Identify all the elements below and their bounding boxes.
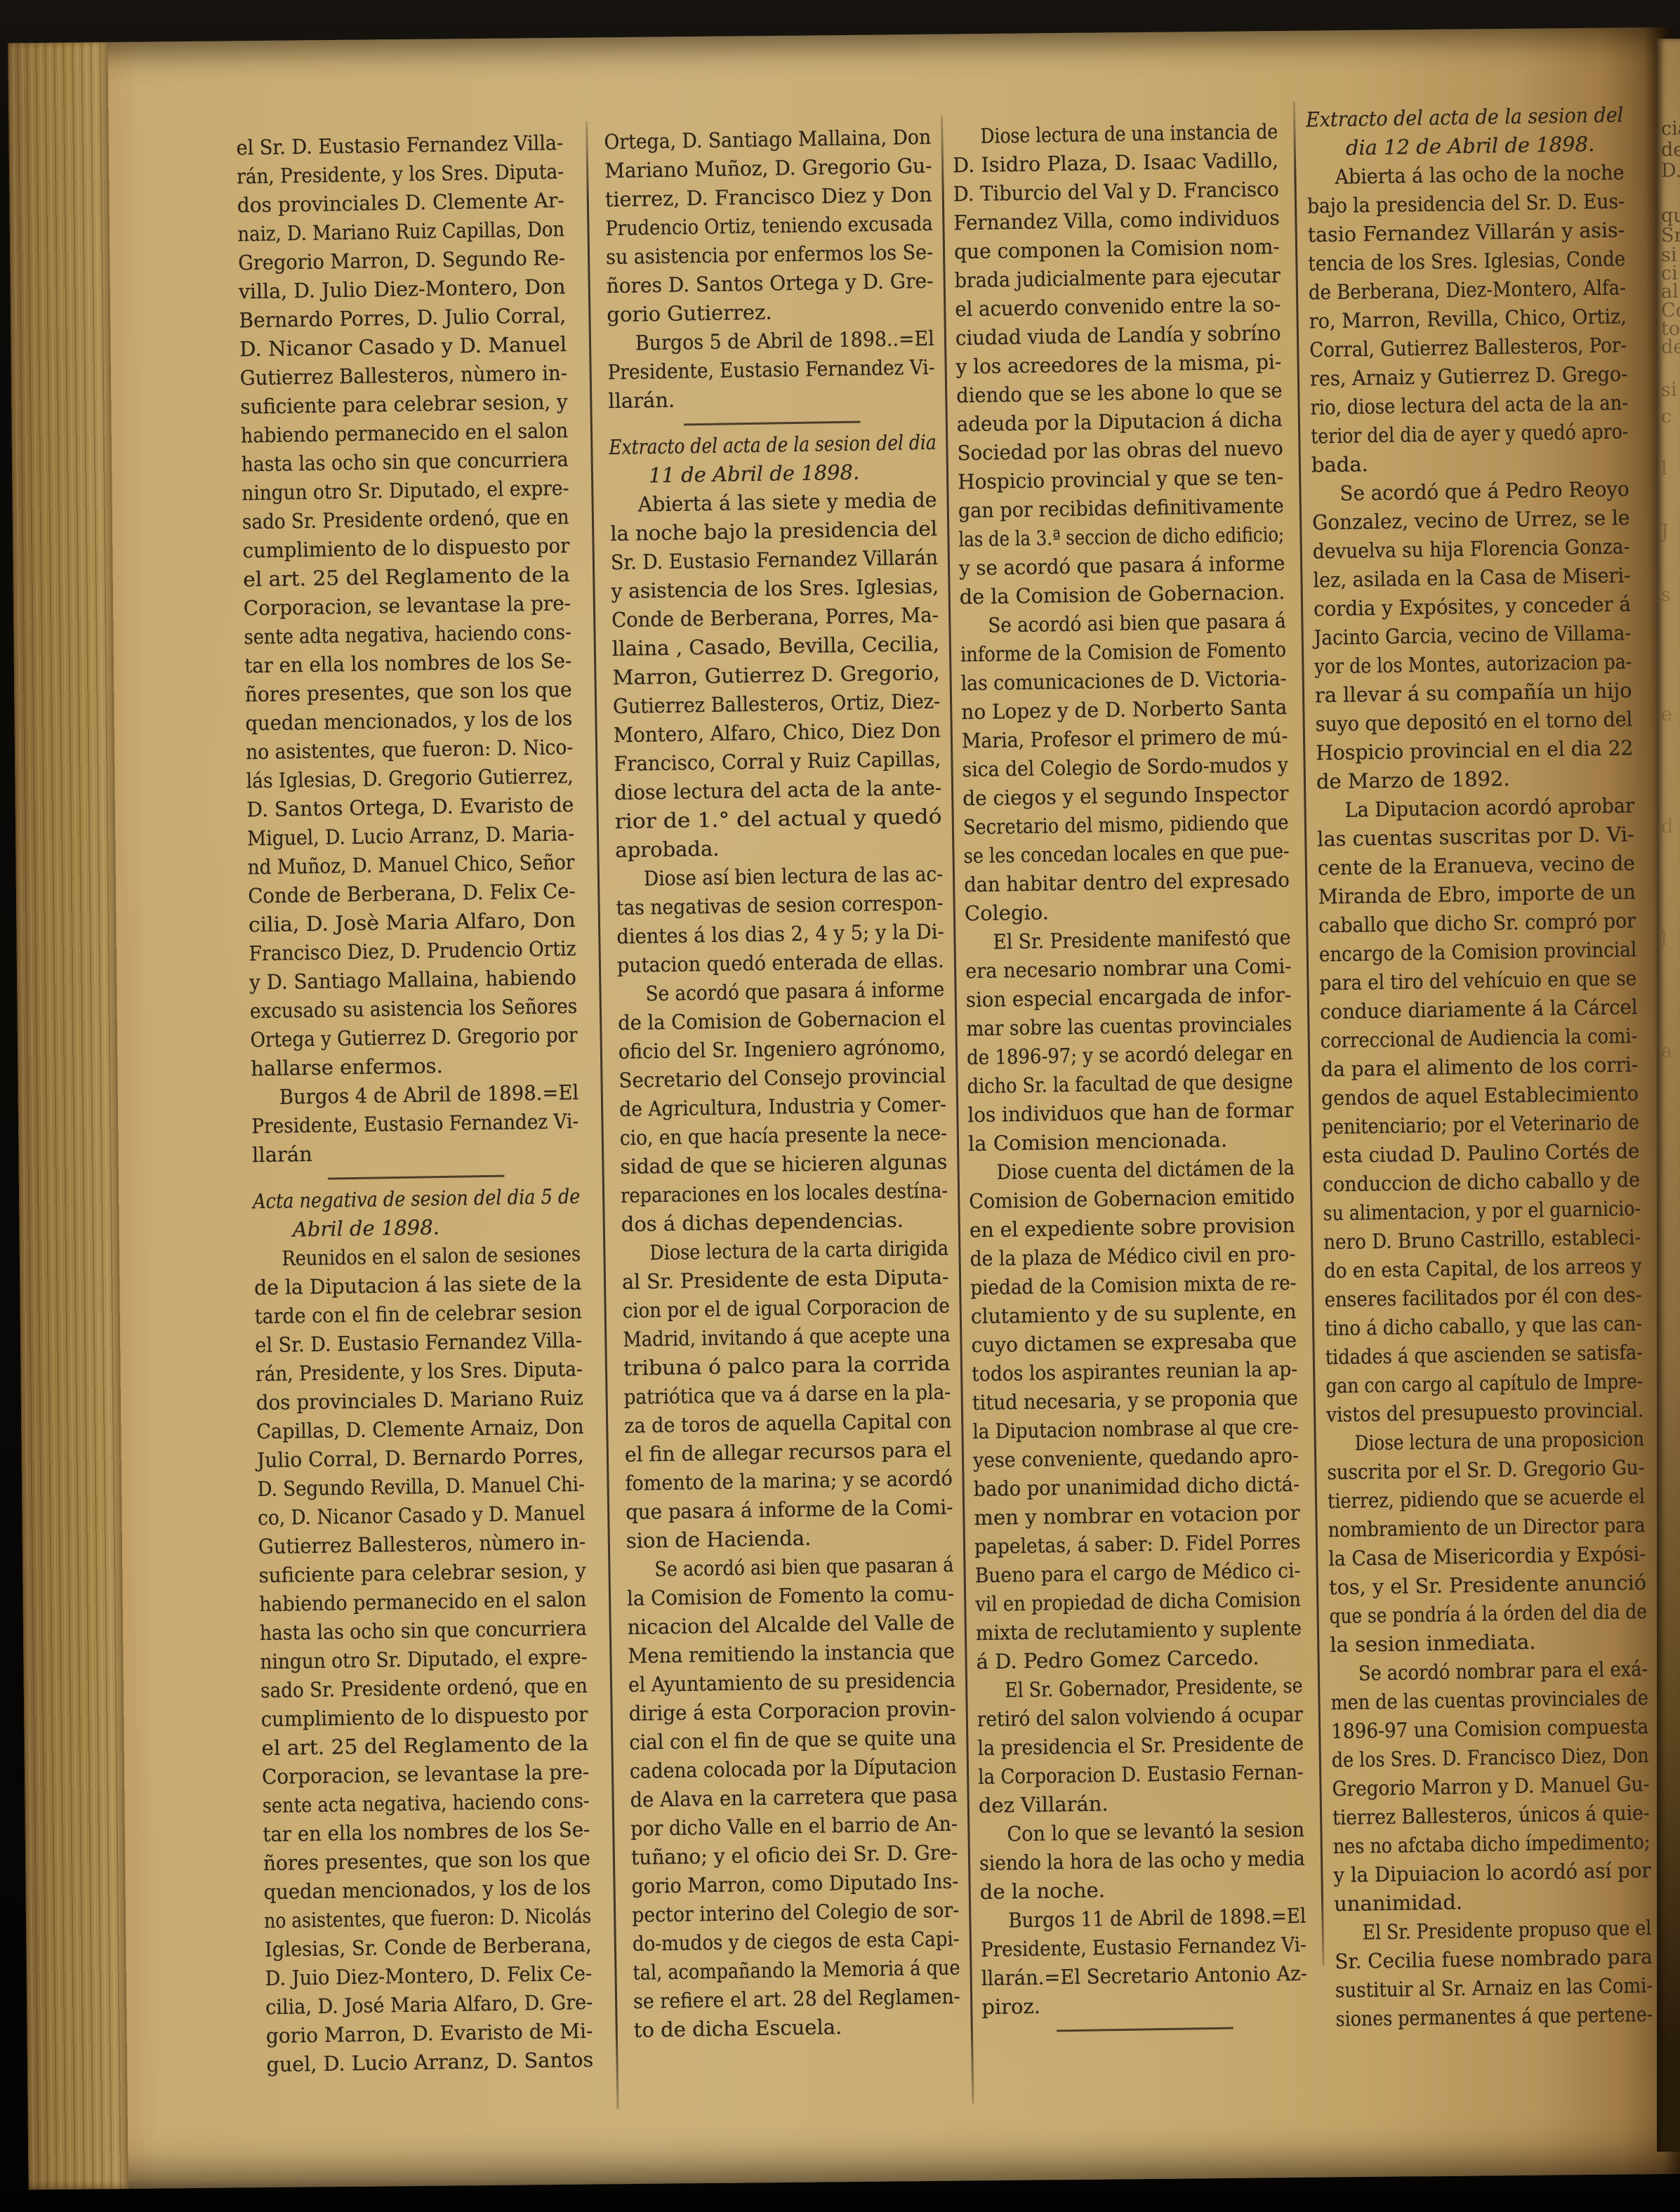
text-line-content: por dicho Valle en el barrio de An- — [630, 1810, 958, 1843]
text-line: Se acordó que á Pedro Reoyo — [1311, 475, 1629, 508]
text-line-content: Diose así bien lectura de las ac- — [644, 860, 944, 894]
text-line: za de toros de aquella Capital con — [624, 1407, 952, 1441]
text-line-content: da para el alimento de los corri- — [1321, 1050, 1638, 1084]
text-line-content: Corral, Gutierrez Ballesteros, Por- — [1309, 331, 1627, 364]
text-line: sente adta negativa, haciendo cons- — [244, 618, 571, 651]
text-line-content: Prudencio Ortiz, teniendo excusada — [605, 209, 933, 243]
text-line-content: Iglesias, Sr. Conde de Berberana, — [265, 1930, 592, 1964]
text-line: lás Iglesias, D. Gregorio Gutierrez, — [246, 762, 574, 795]
text-line: diose lectura del acta de la ante- — [614, 774, 942, 807]
text-line-content: Se acordó asi bien que pasaran á — [654, 1551, 953, 1584]
text-line: su asistencia por enfermos los Se- — [606, 238, 934, 272]
text-line-content: de ciegos y el segundo Inspector — [963, 779, 1289, 813]
text-line: Se acordó que pasara á informe — [617, 975, 945, 1009]
text-line-content: Gutierrez Ballesteros, nùmero in- — [239, 359, 567, 392]
text-line: de la noche. — [979, 1873, 1306, 1907]
text-line-content: Hospicio provincial en el dia 22 — [1316, 734, 1634, 767]
text-line: correccional de Audiencia la comi- — [1320, 1021, 1638, 1055]
text-line-content: reparaciones en los locales destína- — [621, 1177, 948, 1210]
text-line: Iglesias, Sr. Conde de Berberana, — [265, 1930, 593, 1964]
text-line: cial con el fin de que se quite una — [629, 1723, 957, 1757]
text-line-content: la Comision mencionada. — [968, 1125, 1228, 1158]
text-line-content: Gutierrez Ballesteros, Ortiz, Diez- — [613, 687, 941, 721]
text-line: pector interino del Colegio de sor- — [632, 1896, 960, 1930]
text-line-content: no asistentes, que fueron: D. Nicolás — [264, 1902, 592, 1935]
text-line-content: gorio Marron, D. Evaristo de Mi- — [266, 2017, 593, 2051]
text-line: la Comision mencionada. — [968, 1125, 1295, 1158]
text-line-content: D. Isidro Plaza, D. Isaac Vadillo, — [953, 146, 1279, 180]
text-line: Se acordó asi bien que pasaran á — [626, 1551, 954, 1584]
text-line: Se acordó asi bien que pasara á — [960, 607, 1286, 640]
text-line-content: suficiente para celebrar sesion, y — [240, 388, 568, 421]
section-divider-rule — [684, 420, 861, 425]
text-line-content: Francisco Diez, D. Prudencio Ortiz — [249, 934, 576, 968]
text-line-content: el Ayuntamiento de su presidencia — [628, 1666, 955, 1700]
text-line: todos los aspirantes reunian la ap- — [972, 1355, 1298, 1389]
section-heading: Extracto del acta de la sesion del dia11… — [609, 428, 937, 491]
adjacent-page-text-fragment: l — [1661, 928, 1667, 950]
text-line: naiz, D. Mariano Ruiz Capillas, Don — [237, 215, 565, 249]
paragraph: Diose así bien lectura de las ac-tas neg… — [616, 860, 945, 980]
text-line-content: de Marzo de 1892. — [1316, 764, 1510, 796]
section-divider-rule — [328, 1175, 505, 1180]
text-line: las comunicaciones de D. Victoria- — [960, 664, 1287, 698]
text-line-content: habiendo permanecido en el salon — [241, 416, 569, 450]
text-line: Hospicio provincial en el dia 22 — [1316, 734, 1634, 767]
text-line: el Ayuntamiento de su presidencia — [628, 1666, 956, 1700]
text-line-content: Miguel, D. Lucio Arranz, D. Maria- — [247, 819, 575, 853]
adjacent-page-text-fragment: J — [1661, 521, 1669, 543]
text-line-content: za de toros de aquella Capital con — [624, 1407, 952, 1441]
text-line: tar en ella los nombres de los Se- — [263, 1815, 590, 1849]
text-line: papeletas, á saber: D. Fidel Porres — [974, 1528, 1301, 1561]
text-line-content: llarán.=El Secretario Antonio Az- — [981, 1959, 1307, 1993]
text-line-content: el Sr. D. Eustasio Fernandez Villa- — [255, 1326, 582, 1360]
paragraph: Se acordó que á Pedro ReoyoGonzalez, vec… — [1311, 475, 1634, 796]
text-line-content: tribuna ó palco para la corrida — [623, 1349, 951, 1383]
text-line: hallarse enfermos. — [251, 1049, 578, 1083]
text-line: Abierta á las ocho de la noche — [1307, 158, 1625, 192]
paragraph: El Sr. Presidente propuso que elSr. Ceci… — [1334, 1914, 1653, 2034]
text-line: Diose lectura de una instancia de — [952, 117, 1278, 151]
adjacent-page-text-fragment: de — [1661, 139, 1680, 161]
text-line: al Sr. Presidente de esta Diputa- — [622, 1263, 950, 1297]
text-line: era necesario nombrar una Comi- — [965, 952, 1292, 986]
text-line: ra llevar á su compañía un hijo — [1315, 676, 1633, 710]
text-line: tencia de los Sres. Iglesias, Conde — [1308, 244, 1626, 278]
text-line: diendo que se les abone lo que se — [956, 376, 1283, 410]
text-line: cio, en que hacía presente la nece- — [619, 1119, 947, 1153]
text-line: cuyo dictamen se expresaba que — [971, 1326, 1297, 1360]
text-line-content: Diose lectura de una instancia de — [980, 117, 1278, 151]
text-line-content: Mena remitiendo la instancia que — [628, 1637, 955, 1671]
text-line-content: al Sr. Presidente de esta Diputa- — [622, 1263, 949, 1297]
text-line: nes no afctaba dicho ímpedimento; — [1332, 1827, 1651, 1861]
text-line: brada judicialmente para ejecutar — [954, 261, 1281, 295]
text-line-content: la noche bajo la presidencia del — [610, 515, 937, 548]
text-line: D. Juio Diez-Montero, D. Felix Ce- — [265, 1959, 593, 1993]
text-line: res, Arnaiz y Gutierrez D. Grego- — [1310, 359, 1628, 393]
text-line: Acta negativa de sesion del dia 5 de — [253, 1182, 581, 1216]
text-line-content: tasio Fernandez Villarán y asis- — [1307, 216, 1625, 249]
text-line: excusado su asistencia los Señores — [250, 992, 578, 1026]
text-line-content: dan habitar dentro del expresado — [964, 866, 1290, 899]
text-line: aprobada. — [615, 831, 943, 865]
text-line-content: de 1896-97; y se acordó delegar en — [967, 1038, 1293, 1072]
text-line: dia 12 de Abril de 1898. — [1306, 129, 1624, 163]
text-line-content: lás Iglesias, D. Gregorio Gutierrez, — [246, 762, 573, 795]
text-line: Burgos 4 de Abril de 1898.=El — [251, 1078, 579, 1112]
adjacent-page-text-fragment: si — [1661, 379, 1677, 401]
text-line-content: villa, D. Julio Diez-Montero, Don — [238, 272, 565, 306]
text-line: do en esta Capital, de los arreos y — [1324, 1252, 1642, 1285]
text-line: ñores presentes, que son los que — [263, 1844, 591, 1878]
text-line: Francisco Diez, D. Prudencio Ortiz — [249, 934, 576, 968]
text-line: Conde de Berberana, Porres, Ma- — [611, 601, 939, 635]
text-line: y se acordó que pasara á informe — [959, 549, 1285, 583]
text-line-content: Maria, Profesor el primero de mú- — [962, 722, 1288, 755]
text-line-content: de la noche. — [979, 1876, 1105, 1907]
text-line-content: Se acordó que á Pedro Reoyo — [1340, 475, 1629, 508]
text-line: suficiente para celebrar sesion, y — [258, 1556, 586, 1590]
text-line-content: unanimidad. — [1334, 1888, 1463, 1919]
text-line: cilia, D. José Maria Alfaro, D. Gre- — [265, 1988, 593, 2022]
text-line-content: se les concedan locales en que pue- — [963, 837, 1290, 870]
text-line-content: Abierta á las siete y media de — [637, 486, 937, 519]
paragraph: La Diputacion acordó aprobarlas cuentas … — [1316, 791, 1643, 1429]
text-line-content: tar en ella los nombres de los Se- — [263, 1815, 590, 1849]
text-line: la noche bajo la presidencia del — [610, 515, 938, 548]
text-line: Bernardo Porres, D. Julio Corral, — [239, 301, 567, 335]
text-line-content: rán, Presidente, y los Sres. Diputa- — [256, 1355, 583, 1389]
text-line-content: que pasara á informe de la Comi- — [626, 1493, 953, 1527]
text-line: Reunidos en el salon de sesiones — [253, 1240, 581, 1273]
text-line-content: la Casa de Misericordia y Expósi- — [1328, 1539, 1646, 1573]
text-line-content: llarán. — [608, 386, 675, 416]
text-line-content: Conde de Berberana, D. Felix Ce- — [248, 877, 576, 910]
text-line-content: to de dicha Escuela. — [633, 2013, 842, 2045]
text-line-content: Montero, Alfaro, Chico, Diez Don — [613, 716, 941, 750]
text-line: el art. 25 del Reglamento de la — [243, 560, 571, 594]
text-line-content: Madrid, invitando á que acepte una — [623, 1320, 951, 1354]
text-line: cordia y Expósites, y conceder á — [1314, 590, 1632, 623]
text-line-content: Marron, Gutierrez D. Gregorio, — [612, 658, 940, 692]
text-line-content: ñores presentes, que son los que — [263, 1844, 590, 1878]
text-line-content: de la Diputacion á las siete de la — [254, 1269, 582, 1302]
text-line-content: dicho Sr. la facultad de que designe — [967, 1067, 1293, 1101]
paragraph: El Sr. Presidente manifestó queera neces… — [965, 923, 1294, 1158]
text-line-content: 1896-97 una Comision compuesta — [1331, 1712, 1649, 1746]
text-line: gorio Gutierrez. — [607, 296, 934, 329]
text-line-content: naiz, D. Mariano Ruiz Capillas, Don — [237, 215, 564, 249]
text-line-content: excusado su asistencia los Señores — [250, 992, 578, 1026]
text-line-content: Burgos 11 de Abril de 1898.=El — [1008, 1902, 1306, 1935]
text-line-content: Diose cuenta del dictámen de la — [996, 1153, 1295, 1187]
text-line: se les concedan locales en que pue- — [963, 837, 1290, 870]
text-line-content: bajo la presidencia del Sr. D. Eus- — [1307, 187, 1625, 220]
text-line: de 1896-97; y se acordó delegar en — [967, 1038, 1293, 1072]
text-line-content: oficio del Sr. Ingeniero agrónomo, — [619, 1033, 946, 1066]
text-line-content: la sesion inmediata. — [1330, 1628, 1536, 1660]
text-line: El Sr. Gobernador, Presidente, se — [977, 1671, 1303, 1705]
text-line: Secretario del Consejo provincial — [619, 1061, 946, 1095]
text-line: retiró del salon volviendo á ocupar — [977, 1700, 1304, 1734]
text-line-content: sidad de que se hicieren algunas — [620, 1148, 947, 1181]
text-line-content: ningun otro Sr. Diputado, el expre- — [242, 474, 569, 508]
text-line-content: gorio Marron, como Diputado Ins- — [631, 1867, 958, 1901]
text-line-content: quedan mencionados, y los de los — [245, 704, 572, 738]
text-line: el art. 25 del Reglamento de la — [261, 1729, 589, 1763]
text-line: reparaciones en los locales destína- — [621, 1177, 948, 1210]
text-line: Corporacion, se levantase la pre- — [244, 589, 571, 623]
text-line-content: suyo que depositó en el torno del — [1315, 705, 1632, 739]
text-line-content: Gonzalez, vecino de Urrez, se le — [1312, 503, 1630, 537]
text-line-content: Reunidos en el salon de sesiones — [282, 1240, 581, 1273]
text-line: ro, Marron, Revilla, Chico, Ortiz, — [1309, 302, 1627, 336]
text-line: de ciegos y el segundo Inspector — [963, 779, 1289, 813]
text-line: Fernandez Villa, como individuos — [953, 204, 1280, 237]
text-line: gan con cargo al capítulo de Impre- — [1325, 1367, 1643, 1400]
text-line: de la Diputacion á las siete de la — [254, 1269, 582, 1302]
paragraph: Diose lectura de una instancia deD. Isid… — [952, 117, 1285, 611]
text-line: Extracto del acta de la sesion del — [1306, 100, 1624, 134]
text-line-content: men y nombrar en votacion por — [974, 1499, 1300, 1532]
text-line-content: D. Nicanor Casado y D. Manuel — [239, 330, 567, 364]
text-line: co, D. Nicanor Casado y D. Manuel — [258, 1499, 586, 1532]
text-line-content: de Alava en la carretera que pasa — [630, 1781, 958, 1815]
paragraph: Se acordó nombrar para el exá-men de las… — [1330, 1655, 1652, 1919]
text-column-2: Ortega, D. Santiago Mallaina, DonMariano… — [604, 123, 961, 2045]
text-line: la presidencia el Sr. Presidente de — [977, 1729, 1304, 1763]
text-line: en el expediente sobre provision — [970, 1211, 1296, 1245]
text-line-content: cion por el de igual Corporacion de — [622, 1292, 950, 1325]
adjacent-page-text-fragment: e — [1661, 703, 1672, 725]
text-line-content: res, Arnaiz y Gutierrez D. Grego- — [1310, 359, 1628, 393]
adjacent-page-text-fragment: l — [1661, 458, 1667, 479]
text-line: rior de 1.° del actual y quedó — [614, 802, 942, 836]
text-line: cilia, D. Josè Maria Alfaro, Don — [249, 906, 576, 939]
text-line-content: aprobada. — [615, 835, 720, 865]
text-line: tierrez Ballesteros, únicos á quie- — [1332, 1799, 1651, 1832]
text-line-content: diendo que se les abone lo que se — [956, 376, 1283, 410]
text-line-content: nd Muñoz, D. Manuel Chico, Señor — [247, 848, 574, 882]
text-line-content: Secretario del mismo, pidiendo que — [963, 808, 1289, 842]
paragraph: Burgos 5 de Abril de 1898..=ElPresidente… — [607, 324, 936, 416]
text-line: gendos de aquel Establecimiento — [1321, 1079, 1639, 1113]
text-line: dos provinciales D. Clemente Ar- — [237, 186, 565, 220]
text-line: 11 de Abril de 1898. — [609, 457, 937, 491]
text-line: que pasara á informe de la Comi- — [626, 1493, 953, 1527]
text-line-content: cumplimiento de lo dispuesto por — [242, 531, 569, 565]
text-line-content: mar sobre las cuentas provinciales — [966, 1009, 1292, 1043]
text-line-content: bada. — [1311, 450, 1369, 479]
text-line-content: dientes á los dias 2, 4 y 5; y la Di- — [616, 918, 944, 951]
printed-text-area: el Sr. D. Eustasio Fernandez Villa-rán, … — [1, 18, 1680, 2191]
text-line: que se pondría á la órden del dia de — [1329, 1597, 1647, 1631]
paragraph: Diose cuenta del dictámen de laComision … — [968, 1153, 1302, 1676]
text-line-content: para el tiro del vehícuio en que se — [1319, 964, 1636, 998]
text-line: tribuna ó palco para la corrida — [623, 1349, 951, 1383]
text-line-content: de Agricultura, Industria y Comer- — [619, 1090, 946, 1124]
paragraph: Ortega, D. Santiago Mallaina, DonMariano… — [604, 123, 934, 329]
text-line-content: sente adta negativa, haciendo cons- — [244, 618, 571, 651]
text-line: D. Isidro Plaza, D. Isaac Vadillo, — [953, 146, 1279, 180]
text-line: mixta de reclutamiento y suplente — [976, 1614, 1302, 1648]
text-line-content: sado Sr. Presidente ordenó, que en — [260, 1671, 588, 1705]
text-line: piroz. — [981, 1988, 1308, 2022]
text-line-content: Secretario del Consejo provincial — [619, 1061, 946, 1095]
text-line: habiendo permanecido en el salon — [259, 1585, 587, 1619]
text-line: tuñano; y el oficio dei Sr. D. Gre- — [631, 1839, 959, 1872]
text-line: dicho Sr. la facultad de que designe — [967, 1067, 1293, 1101]
text-line: llaina , Casado, Bevilla, Cecilia, — [612, 630, 940, 663]
text-line: y los acreedores de la misma, pi- — [955, 347, 1282, 381]
adjacent-page-text-fragment: s — [1661, 584, 1671, 606]
text-line-content: titud necesaria, y se proponia que — [972, 1384, 1298, 1417]
text-line-content: Se acordó nombrar para el exá- — [1358, 1655, 1648, 1688]
text-line: yese conveniente, quedando apro- — [973, 1441, 1299, 1475]
text-line: Diose lectura de una proposicion — [1326, 1424, 1644, 1458]
text-line-content: ra llevar á su compañía un hijo — [1315, 676, 1632, 710]
text-line-content: no asistentes, que fueron: D. Nico- — [246, 733, 574, 767]
text-line: Secretario del mismo, pidiendo que — [963, 808, 1290, 842]
text-line: las cuentas suscritas por D. Vi- — [1317, 820, 1635, 854]
text-line: siendo la hora de las ocho y media — [979, 1844, 1306, 1878]
text-line-content: Acta negativa de sesion del dia 5 de — [253, 1182, 581, 1216]
text-line-content: cilia, D. Josè Maria Alfaro, Don — [249, 906, 576, 939]
paragraph: Reunidos en el salon de sesionesde la Di… — [253, 1240, 594, 2079]
text-line: Extracto del acta de la sesion del dia — [609, 428, 937, 462]
text-line-content: su alimentacion, y por el guarnicio- — [1323, 1194, 1641, 1228]
text-line: Abril de 1898. — [253, 1211, 581, 1245]
text-line: sica del Colegio de Sordo-mudos y — [962, 750, 1288, 784]
adjacent-page-text-fragment: Sr — [1661, 225, 1680, 246]
text-line-content: de Berberana, Diez-Montero, Alfa- — [1309, 273, 1626, 307]
text-line-content: que componen la Comision nom- — [954, 232, 1280, 266]
text-line-content: Bueno para el cargo de Médico ci- — [974, 1556, 1301, 1590]
text-line: yor de los Montes, autorizacion pa- — [1314, 647, 1632, 681]
text-line-content: Sr. D. Eustasio Fernandez Villarán — [611, 543, 939, 577]
text-line-content: do-mudos y de ciegos de esta Capi- — [633, 1925, 960, 1959]
text-line-content: no Lopez y de D. Norberto Santa — [961, 693, 1287, 727]
text-line: do-mudos y de ciegos de esta Capi- — [633, 1925, 960, 1959]
text-line-content: de la Comision de Gobernacion el — [618, 1004, 946, 1038]
text-line-content: rior de 1.° del actual y quedó — [614, 802, 941, 836]
text-line-content: D. Santos Ortega, D. Evaristo de — [246, 790, 574, 824]
text-line: encargo de la Comision provincial — [1319, 935, 1637, 969]
paragraph: Abierta á las siete y media dela noche b… — [609, 486, 942, 865]
text-line-content: D. Segundo Revilla, D. Manuel Chi- — [257, 1470, 585, 1504]
adjacent-page-text-fragment: d — [1661, 816, 1673, 837]
text-line: la Diputacion nombrase al que cre- — [972, 1412, 1299, 1446]
text-line: villa, D. Julio Diez-Montero, Don — [238, 272, 566, 306]
text-line: que componen la Comision nom- — [954, 232, 1281, 266]
text-line-content: los individuos que han de formar — [967, 1096, 1294, 1130]
text-line: Burgos 11 de Abril de 1898.=El — [980, 1902, 1307, 1935]
text-line: sion de Hacienda. — [626, 1522, 954, 1556]
text-line: Ortega, D. Santiago Mallaina, Don — [604, 123, 932, 157]
text-line-content: putacion quedó enterada de ellas. — [617, 946, 944, 980]
text-line: de la Comision de Gobernacion el — [618, 1004, 946, 1038]
text-line-content: Conde de Berberana, Porres, Ma- — [611, 601, 939, 635]
text-line: sidad de que se hicieren algunas — [620, 1148, 948, 1181]
text-line: Sociedad por las obras del nuevo — [957, 434, 1283, 468]
text-line: gan por recibidas definitivamente — [958, 491, 1285, 525]
text-line: sente acta negativa, haciendo cons- — [262, 1787, 590, 1820]
text-line-content: Colegio. — [965, 898, 1050, 928]
text-line: cente de la Eranueva, vecino de — [1318, 849, 1636, 882]
text-line: piedad de la Comision mixta de re- — [970, 1269, 1297, 1302]
text-line: gorio Marron, D. Evaristo de Mi- — [266, 2017, 594, 2051]
text-line-content: Presidente, Eustasio Fernandez Vi- — [251, 1107, 578, 1141]
text-line: siones permanentes á que pertene- — [1335, 2000, 1653, 2034]
text-line-content: tidades á que ascienden se satisfa- — [1325, 1338, 1643, 1372]
text-line: caballo que dicho Sr. compró por — [1318, 906, 1636, 940]
text-line-content: yor de los Montes, autorizacion pa- — [1314, 647, 1632, 681]
text-line-content: las comunicaciones de D. Victoria- — [960, 664, 1286, 698]
text-line: D. Nicanor Casado y D. Manuel — [239, 330, 567, 364]
text-line-content: tierrez Ballesteros, únicos á quie- — [1332, 1799, 1650, 1832]
text-line: nicacion del Alcalde del Valle de — [627, 1608, 955, 1642]
adjacent-page-text-fragment: a — [1661, 1040, 1672, 1062]
text-line: lez, asilada en la Casa de Miseri- — [1313, 561, 1631, 595]
adjacent-page-text-fragment: D. — [1661, 160, 1680, 182]
text-line: la Corporacion D. Eustasio Fernan- — [978, 1758, 1304, 1792]
text-line-content: sustituir al Sr. Arnaiz en las Comi- — [1335, 1971, 1653, 2005]
text-line-content: Abierta á las ocho de la noche — [1335, 158, 1625, 191]
text-line-content: habiendo permanecido en el salon — [259, 1585, 587, 1619]
text-line: to de dicha Escuela. — [633, 2011, 961, 2045]
text-line-content: adeuda por la Diputacion á dicha — [957, 405, 1283, 439]
text-line: Hospicio provincial y que se ten- — [958, 463, 1284, 496]
text-line: Gonzalez, vecino de Urrez, se le — [1312, 503, 1630, 537]
text-line-content: era necesario nombrar una Comi- — [965, 952, 1292, 986]
text-line: men y nombrar en votacion por — [974, 1499, 1300, 1532]
text-line: Bueno para el cargo de Médico ci- — [974, 1556, 1301, 1590]
text-line-content: conduccion de dicho caballo y de — [1323, 1165, 1641, 1199]
text-line: Mena remitiendo la instancia que — [628, 1637, 955, 1671]
text-line-content: guel, D. Lucio Arranz, D. Santos — [266, 2046, 593, 2079]
text-line: Julio Corral, D. Bernardo Porres, — [257, 1441, 585, 1475]
text-line-content: Jacinto Garcia, vecino de Villama- — [1314, 618, 1631, 652]
text-line: nd Muñoz, D. Manuel Chico, Señor — [247, 848, 575, 882]
paragraph: Abierta á las ocho de la nochebajo la pr… — [1307, 158, 1629, 479]
text-line: las de la 3.ª seccion de dicho edificio; — [958, 520, 1285, 554]
text-line: de Marzo de 1892. — [1316, 762, 1634, 796]
text-line: D. Segundo Revilla, D. Manuel Chi- — [257, 1470, 585, 1504]
text-line: D. Santos Ortega, D. Evaristo de — [246, 790, 574, 824]
text-line: Conde de Berberana, D. Felix Ce- — [248, 877, 576, 910]
text-line: Marron, Gutierrez D. Gregorio, — [612, 658, 940, 692]
text-line: cumplimiento de lo dispuesto por — [260, 1700, 588, 1734]
text-line: oficio del Sr. Ingeniero agrónomo, — [619, 1033, 946, 1066]
text-line-content: sado Sr. Presidente ordenó, que en — [242, 503, 569, 536]
text-line-content: enseres facilitados por él con des- — [1324, 1280, 1642, 1314]
text-line: sion especial encargada de infor- — [965, 981, 1292, 1014]
text-line-content: siendo la hora de las ocho y media — [979, 1844, 1305, 1878]
text-line-content: dez Villarán. — [979, 1789, 1109, 1820]
text-line: Madrid, invitando á que acepte una — [623, 1320, 951, 1354]
text-line-content: Presidente, Eustasio Fernandez Vi- — [607, 353, 934, 387]
text-line: patriótica que va á darse en la pla- — [623, 1378, 951, 1412]
text-line: Comision de Gobernacion emitido — [969, 1182, 1295, 1216]
book-page: el Sr. D. Eustasio Fernandez Villa-rán, … — [8, 27, 1680, 2190]
text-line: bajo la presidencia del Sr. D. Eus- — [1307, 187, 1625, 220]
text-line-content: cio, en que hacía presente la nece- — [619, 1119, 947, 1153]
text-line-content: Burgos 5 de Abril de 1898..=El — [635, 324, 934, 358]
text-line: dan habitar dentro del expresado — [964, 866, 1290, 899]
text-line: El Sr. Presidente propuso que el — [1334, 1914, 1652, 1947]
